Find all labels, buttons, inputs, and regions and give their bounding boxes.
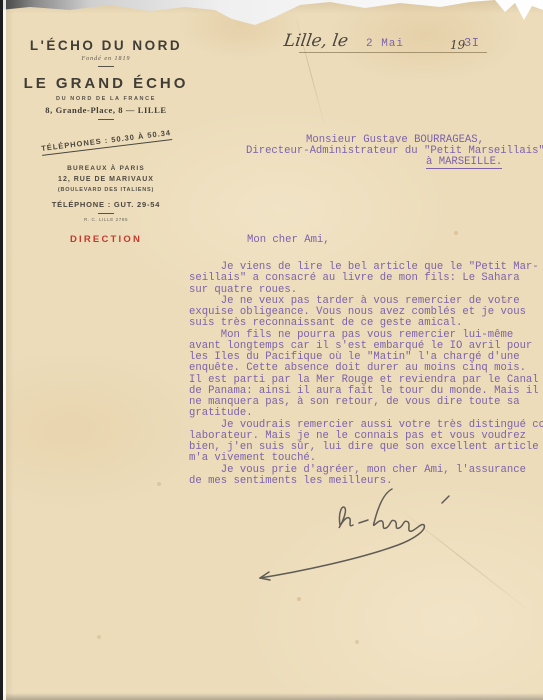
- dateline-century: 19: [450, 38, 465, 52]
- letter-body-line: m'a vivement touché.: [189, 453, 543, 464]
- letter-body-line: gratitude.: [189, 408, 543, 419]
- recipient-city: à MARSEILLE.: [426, 156, 502, 169]
- divider-rule: [98, 66, 114, 67]
- signature-scrawl: [240, 483, 470, 588]
- letter-body-line: enquête. Cette absence doit durer au moi…: [189, 363, 543, 374]
- paper-title: L'ÉCHO DU NORD: [18, 38, 194, 53]
- dateline-rule: [299, 52, 487, 53]
- dateline-place: Lille, le: [283, 31, 350, 51]
- direction-label: DIRECTION: [18, 234, 194, 245]
- dateline-year: 3I: [464, 36, 479, 50]
- letter-body-line: suis très reconnaissant de ce geste amic…: [189, 318, 543, 329]
- sister-paper-title: LE GRAND ÉCHO: [18, 75, 194, 92]
- salutation: Mon cher Ami,: [247, 234, 330, 246]
- scan-left-edge-white: [3, 0, 6, 700]
- sister-paper-subtitle: DU NORD DE LA FRANCE: [18, 96, 194, 102]
- divider-rule: [98, 119, 114, 120]
- letter-body: Je viens de lire le bel article que le "…: [189, 262, 543, 487]
- paris-phone: TÉLÉPHONE : GUT. 29-54: [18, 200, 194, 209]
- lille-address: 8, Grande-Place, 8 — LILLE: [18, 105, 194, 115]
- paris-address: 12, RUE DE MARIVAUX: [18, 176, 194, 183]
- paris-office-label: BUREAUX À PARIS: [18, 165, 194, 172]
- letter-body-line: seillais" a consacré au livre de mon fil…: [189, 273, 543, 284]
- divider-rule: [98, 213, 114, 214]
- letter-page: L'ÉCHO DU NORD Fondé en 1819 LE GRAND ÉC…: [0, 0, 543, 700]
- registry-note: R. C. LILLE 2785: [18, 217, 194, 222]
- scanner-background: L'ÉCHO DU NORD Fondé en 1819 LE GRAND ÉC…: [0, 0, 543, 700]
- paper-bottom-edge: [0, 693, 543, 700]
- paris-address-note: (BOULEVARD DES ITALIENS): [18, 187, 194, 193]
- paper-crease: [294, 12, 326, 128]
- dateline-day-month: 2 Mai: [366, 38, 404, 50]
- letterhead: L'ÉCHO DU NORD Fondé en 1819 LE GRAND ÉC…: [18, 38, 194, 245]
- phones-banner: TÉLÉPHONES : 50.30 À 50.34: [40, 128, 171, 156]
- founded-note: Fondé en 1819: [18, 56, 194, 62]
